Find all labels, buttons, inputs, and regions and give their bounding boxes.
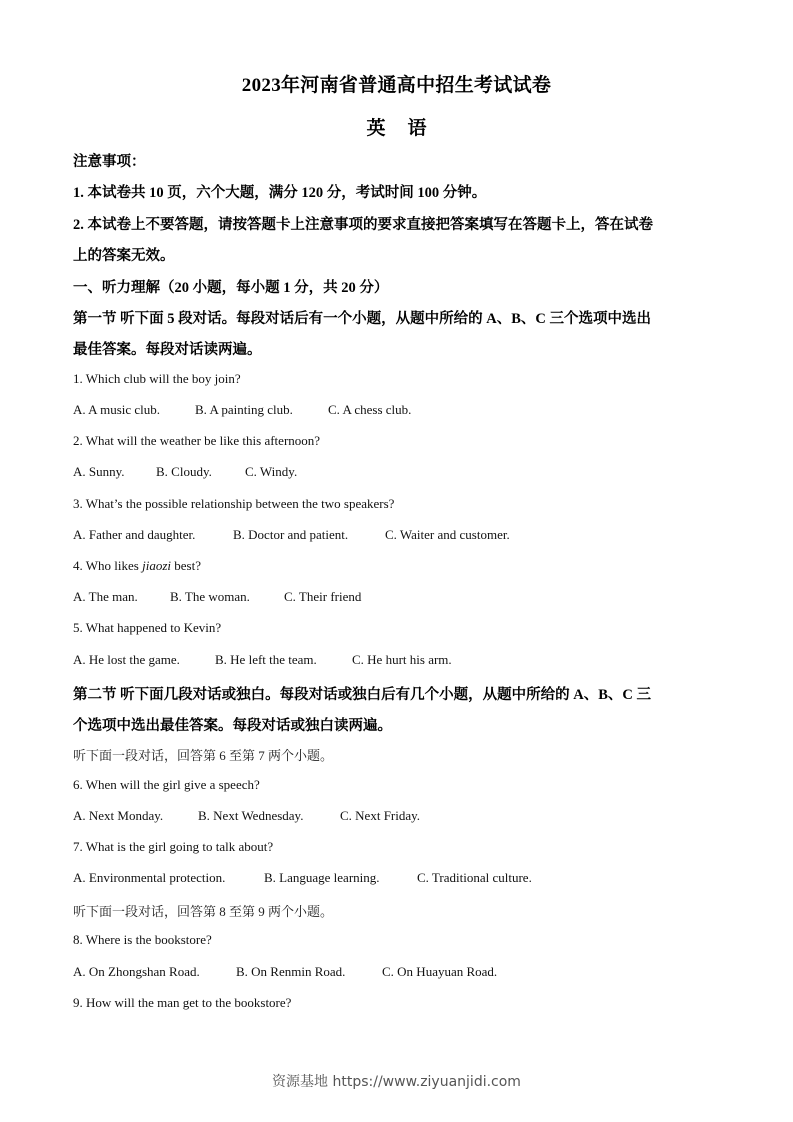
part1-instructions-line-1: 第一节 听下面 5 段对话。每段对话后有一个小题，从题中所给的 A、B、C 三个… <box>73 307 651 328</box>
question-5: 5. What happened to Kevin? <box>73 620 221 636</box>
option-7b: B. Language learning. <box>264 870 417 886</box>
option-8b: B. On Renmin Road. <box>236 964 382 980</box>
option-3a: A. Father and daughter. <box>73 527 233 543</box>
option-6c: C. Next Friday. <box>340 808 420 824</box>
question-4-italic-word: jiaozi <box>142 558 171 573</box>
option-4c: C. Their friend <box>284 589 361 605</box>
options-5: A. He lost the game.B. He left the team.… <box>73 652 452 668</box>
options-2: A. Sunny.B. Cloudy.C. Windy. <box>73 464 297 480</box>
options-4: A. The man.B. The woman.C. Their friend <box>73 589 361 605</box>
option-1c: C. A chess club. <box>328 402 411 418</box>
footer-watermark: 资源基地 https://www.ziyuanjidi.com <box>0 1071 793 1091</box>
options-3: A. Father and daughter.B. Doctor and pat… <box>73 527 510 543</box>
options-6: A. Next Monday.B. Next Wednesday.C. Next… <box>73 808 420 824</box>
option-2c: C. Windy. <box>245 464 297 480</box>
question-4-text-post: best? <box>171 558 201 573</box>
question-4-text-pre: 4. Who likes <box>73 558 142 573</box>
question-1: 1. Which club will the boy join? <box>73 371 241 387</box>
note-questions-8-9: 听下面一段对话，回答第 8 至第 9 两个小题。 <box>73 901 333 920</box>
part2-instructions-line-2: 个选项中选出最佳答案。每段对话或独白读两遍。 <box>73 714 392 735</box>
option-4a: A. The man. <box>73 589 170 605</box>
option-6a: A. Next Monday. <box>73 808 198 824</box>
section-heading-listening: 一、听力理解（20 小题，每小题 1 分，共 20 分） <box>73 276 388 297</box>
exam-page: 2023年河南省普通高中招生考试试卷 英语 注意事项： 1. 本试卷共 10 页… <box>0 0 793 1122</box>
option-4b: B. The woman. <box>170 589 284 605</box>
notice-item-2-line-1: 2. 本试卷上不要答题，请按答题卡上注意事项的要求直接把答案填写在答题卡上，答在… <box>73 213 653 234</box>
option-8a: A. On Zhongshan Road. <box>73 964 236 980</box>
subject-char-2: 语 <box>408 118 427 139</box>
option-5b: B. He left the team. <box>215 652 352 668</box>
part1-instructions-line-2: 最佳答案。每段对话读两遍。 <box>73 338 262 359</box>
option-2a: A. Sunny. <box>73 464 156 480</box>
option-5c: C. He hurt his arm. <box>352 652 452 668</box>
question-7: 7. What is the girl going to talk about? <box>73 839 273 855</box>
exam-subject: 英语 <box>0 113 793 140</box>
options-1: A. A music club.B. A painting club.C. A … <box>73 402 411 418</box>
options-8: A. On Zhongshan Road.B. On Renmin Road.C… <box>73 964 497 980</box>
option-7a: A. Environmental protection. <box>73 870 264 886</box>
question-6: 6. When will the girl give a speech? <box>73 777 260 793</box>
part2-instructions-line-1: 第二节 听下面几段对话或独白。每段对话或独白后有几个小题，从题中所给的 A、B、… <box>73 683 651 704</box>
note-questions-6-7: 听下面一段对话，回答第 6 至第 7 两个小题。 <box>73 745 333 764</box>
option-8c: C. On Huayuan Road. <box>382 964 497 980</box>
option-3c: C. Waiter and customer. <box>385 527 510 543</box>
subject-char-1: 英 <box>366 118 385 139</box>
notice-item-1: 1. 本试卷共 10 页，六个大题，满分 120 分，考试时间 100 分钟。 <box>73 181 486 202</box>
option-1b: B. A painting club. <box>195 402 328 418</box>
question-3: 3. What’s the possible relationship betw… <box>73 496 394 512</box>
option-5a: A. He lost the game. <box>73 652 215 668</box>
option-3b: B. Doctor and patient. <box>233 527 385 543</box>
question-4: 4. Who likes jiaozi best? <box>73 558 201 574</box>
option-2b: B. Cloudy. <box>156 464 245 480</box>
question-9: 9. How will the man get to the bookstore… <box>73 995 291 1011</box>
notice-heading: 注意事项： <box>73 150 146 171</box>
option-7c: C. Traditional culture. <box>417 870 532 886</box>
options-7: A. Environmental protection.B. Language … <box>73 870 532 886</box>
option-1a: A. A music club. <box>73 402 195 418</box>
question-8: 8. Where is the bookstore? <box>73 932 212 948</box>
option-6b: B. Next Wednesday. <box>198 808 340 824</box>
question-2: 2. What will the weather be like this af… <box>73 433 320 449</box>
exam-title: 2023年河南省普通高中招生考试试卷 <box>0 70 793 97</box>
notice-item-2-line-2: 上的答案无效。 <box>73 244 175 265</box>
